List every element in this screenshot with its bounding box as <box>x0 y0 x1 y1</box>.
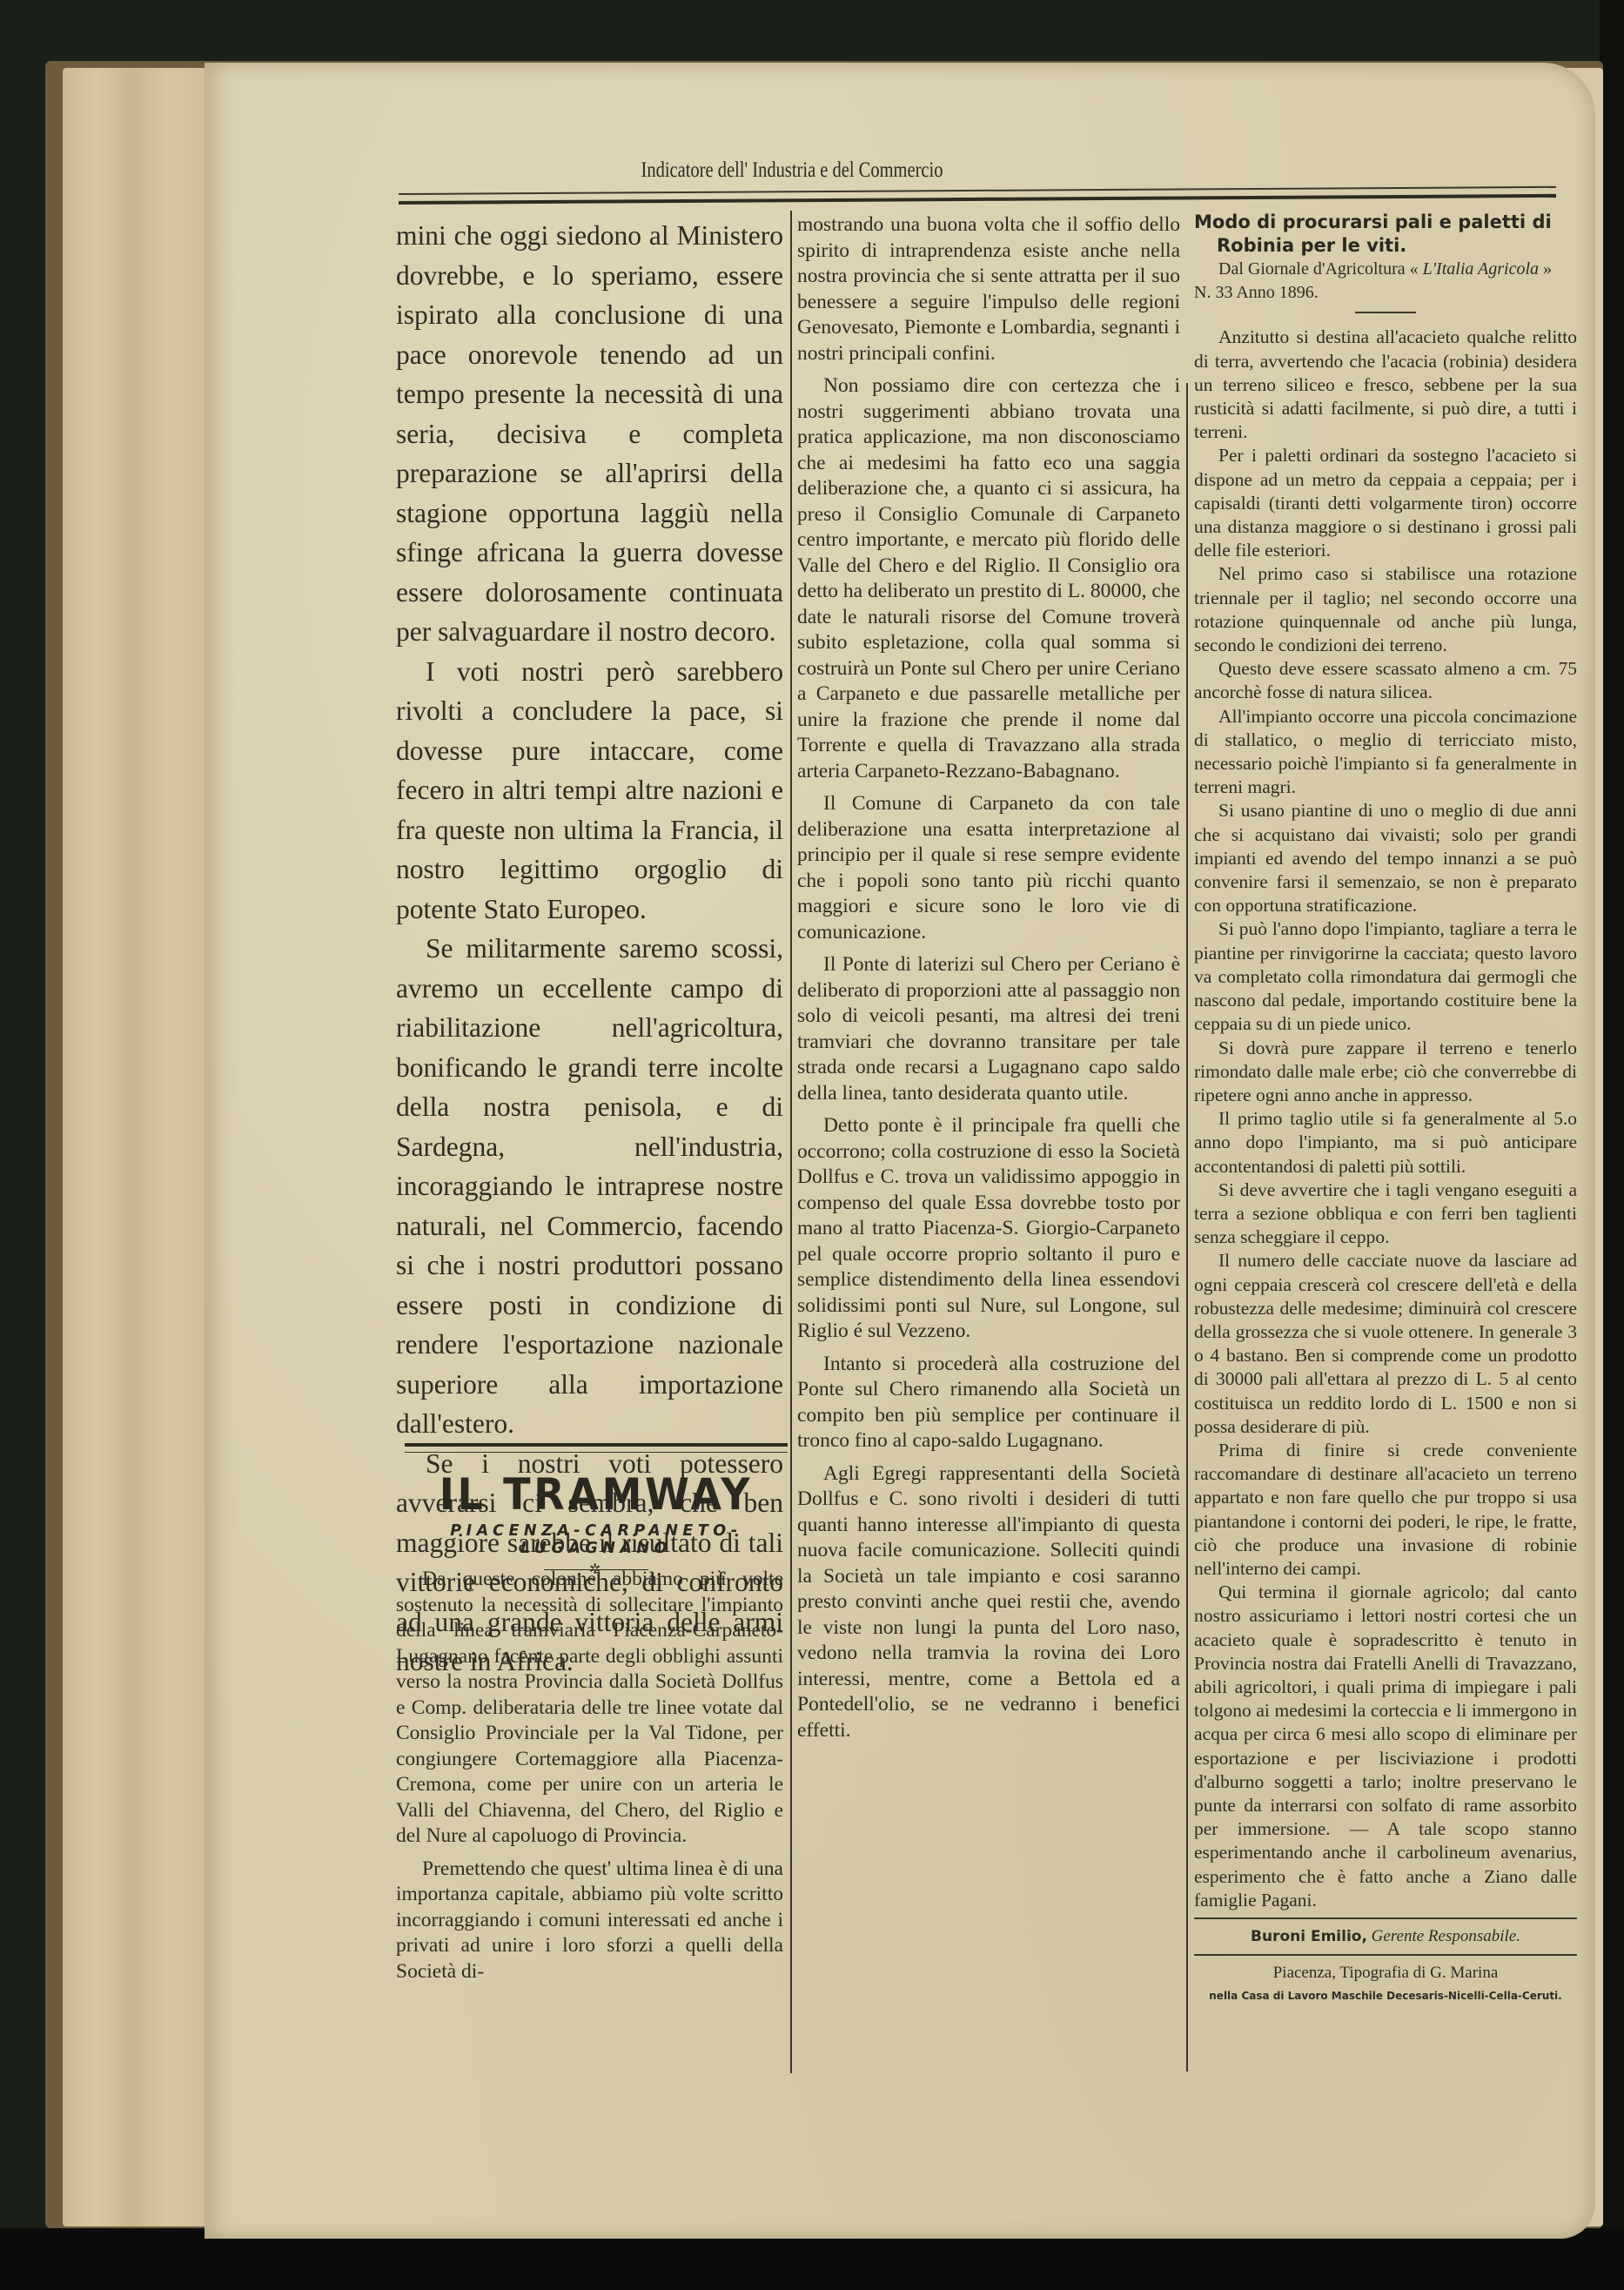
backdrop <box>1600 0 1624 2290</box>
paragraph: Detto ponte è il principale fra quelli c… <box>797 1113 1180 1345</box>
paragraph: Il Comune di Carpaneto da con tale delib… <box>797 791 1180 945</box>
paragraph: Questo deve essere scassato almeno a cm.… <box>1194 657 1577 704</box>
printer-line: Piacenza, Tipografia di G. Marina <box>1194 1961 1577 1984</box>
divider <box>1194 1917 1577 1919</box>
column-2: mostrando una buona volta che il soffio … <box>797 212 1180 1743</box>
paragraph: Qui termina il giornale agricolo; dal ca… <box>1194 1581 1577 1912</box>
divider <box>1194 1954 1577 1956</box>
paragraph: Si dovrà pure zappare il terreno e tener… <box>1194 1037 1577 1108</box>
article-title: IL TRAMWAY <box>420 1470 773 1519</box>
tramway-article-body: Da queste colonne abbiamo più volte sost… <box>396 1567 783 1984</box>
paragraph: Anzitutto si destina all'acacieto qualch… <box>1194 326 1577 444</box>
paragraph: Il numero delle cacciate nuove da lascia… <box>1194 1249 1577 1439</box>
paragraph: All'impianto occorre una piccola concima… <box>1194 705 1577 800</box>
paragraph: Premettendo che quest' ultima linea è di… <box>396 1857 783 1985</box>
paragraph: Si può l'anno dopo l'impianto, tagliare … <box>1194 917 1577 1036</box>
paragraph: Per i paletti ordinari da sostegno l'aca… <box>1194 444 1577 562</box>
column-divider <box>790 211 792 2073</box>
signature: Buroni Emilio, Gerente Responsabile. <box>1194 1924 1577 1949</box>
section-rule <box>405 1443 788 1453</box>
paragraph: Intanto si procederà alla costruzione de… <box>797 1352 1180 1454</box>
paragraph: I voti nostri però sarebbero rivolti a c… <box>396 652 783 930</box>
paragraph: Prima di finire si crede conveniente rac… <box>1194 1439 1577 1581</box>
paragraph: Si usano piantine di uno o meglio di due… <box>1194 799 1577 917</box>
printer-address: nella Casa di Lavoro Maschile Decesaris-… <box>1194 1984 1577 2008</box>
paragraph: mini che oggi siedono al Ministero dovre… <box>396 216 783 652</box>
divider <box>1355 312 1416 313</box>
paragraph: Nel primo caso si stabilisce una rotazio… <box>1194 562 1577 657</box>
article-source: Dal Giornale d'Agricoltura « L'Italia Ag… <box>1194 258 1577 281</box>
tramway-heading: IL TRAMWAY PIACENZA-CARPANETO-LUGAGNANO … <box>405 1443 788 1576</box>
article-title: Modo di procurarsi pali e paletti di Rob… <box>1194 211 1577 258</box>
paragraph: Da queste colonne abbiamo più volte sost… <box>396 1567 783 1850</box>
column-3: Modo di procurarsi pali e paletti di Rob… <box>1194 211 1577 2009</box>
paragraph: Il primo taglio utile si fa generalmente… <box>1194 1107 1577 1179</box>
column-divider <box>1186 383 1188 2072</box>
paragraph: mostrando una buona volta che il soffio … <box>797 212 1180 366</box>
paragraph: Il Ponte di laterizi sul Chero per Ceria… <box>797 952 1180 1106</box>
article-subtitle: PIACENZA-CARPANETO-LUGAGNANO <box>405 1522 788 1557</box>
paragraph: Se militarmente saremo scossi, avremo un… <box>396 929 783 1444</box>
paragraph: Si deve avvertire che i tagli vengano es… <box>1194 1179 1577 1250</box>
paragraph: Agli Egregi rappresentanti della Società… <box>797 1461 1180 1744</box>
article-source-issue: N. 33 Anno 1896. <box>1194 281 1577 305</box>
paragraph: Non possiamo dire con certezza che i nos… <box>797 373 1180 784</box>
running-title: Indicatore dell' Industria e del Commerc… <box>471 158 1113 183</box>
